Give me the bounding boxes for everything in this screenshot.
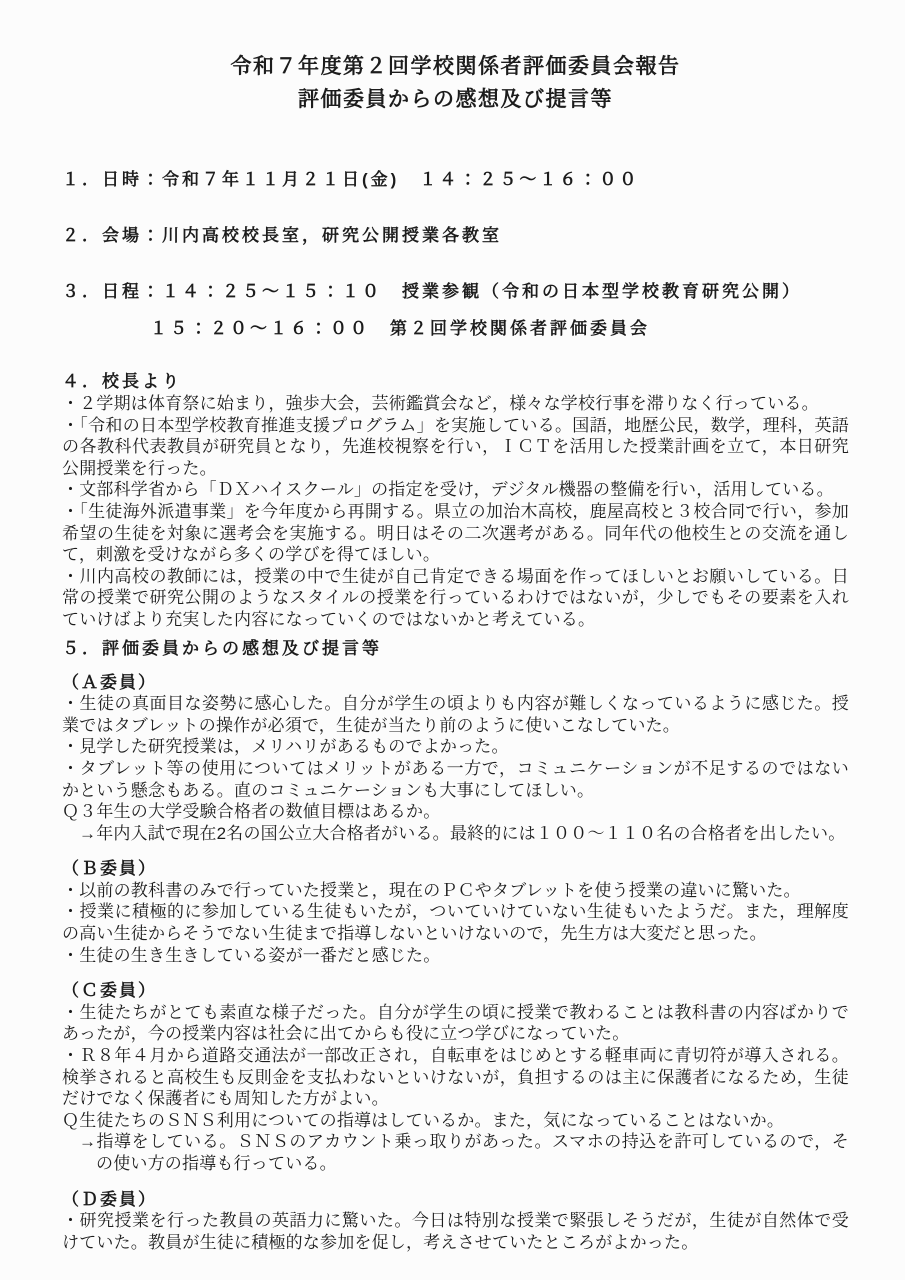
- section-5-heading: ５．評価委員からの感想及び提言等: [62, 639, 849, 658]
- committee-name: （Ｄ委員）: [62, 1189, 849, 1211]
- committee-bullet: ・以前の教科書のみで行っていた授業と，現在のＰＣやタブレットを使う授業の違いに驚…: [62, 880, 849, 902]
- committee-question: Ｑ３年生の大学受験合格者の数値目標はあるか。: [62, 801, 849, 823]
- meeting-schedule-line1: ３．日程：１４：２５～１５：１０ 授業参観（令和の日本型学校教育研究公開）: [62, 282, 849, 301]
- document-title-line2: 評価委員からの感想及び提言等: [62, 83, 849, 116]
- committee-name: （Ｂ委員）: [62, 858, 849, 880]
- committee-bullet: ・Ｒ８年４月から道路交通法が一部改正され，自転車をはじめとする軽車両に青切符が導…: [62, 1045, 849, 1110]
- committee-bullet: ・授業に積極的に参加している生徒もいたが，ついていけていない生徒もいたようだ。ま…: [62, 901, 849, 944]
- committee-answer: →年内入試で現在2名の国公立大合格者がいる。最終的には１００～１１０名の合格者を…: [62, 823, 849, 845]
- principal-bullet: ・「令和の日本型学校教育推進支援プログラム」を実施している。国語，地歴公民，数学…: [62, 415, 849, 480]
- document-title-line1: 令和７年度第２回学校関係者評価委員会報告: [62, 50, 849, 83]
- principal-section: ４．校長より ・２学期は体育祭に始まり，強歩大会，芸術鑑賞会など，様々な学校行事…: [62, 372, 849, 631]
- committee-answer: →指導をしている。ＳＮＳのアカウント乗っ取りがあった。スマホの持込を許可している…: [62, 1131, 849, 1174]
- principal-bullet: ・文部科学省から「ＤＸハイスクール」の指定を受け，デジタル機器の整備を行い，活用…: [62, 479, 849, 501]
- principal-bullet: ・２学期は体育祭に始まり，強歩大会，芸術鑑賞会など，様々な学校行事を滞りなく行っ…: [62, 393, 849, 415]
- principal-bullets: ・２学期は体育祭に始まり，強歩大会，芸術鑑賞会など，様々な学校行事を滞りなく行っ…: [62, 393, 849, 631]
- committee-bullet: ・生徒の生き生きしている姿が一番だと感じた。: [62, 945, 849, 967]
- principal-bullet: ・川内高校の教師には，授業の中で生徒が自己肯定できる場面を作ってほしいとお願いし…: [62, 566, 849, 631]
- committee-name: （Ａ委員）: [62, 672, 849, 694]
- principal-bullet: ・「生徒海外派遣事業」を今年度から再開する。県立の加治木高校，鹿屋高校と３校合同…: [62, 501, 849, 566]
- committees: （Ａ委員）・生徒の真面目な姿勢に感心した。自分が学生の頃よりも内容が難しくなって…: [62, 672, 849, 1254]
- committee-bullet: ・生徒たちがとても素直な様子だった。自分が学生の頃に授業で教わることは教科書の内…: [62, 1002, 849, 1045]
- committee-bullet: ・見学した研究授業は，メリハリがあるものでよかった。: [62, 736, 849, 758]
- committee-bullet: ・研究授業を行った教員の英語力に驚いた。今日は特別な授業で緊張しそうだが，生徒が…: [62, 1210, 849, 1253]
- meeting-schedule-line2: １５：２０～１６：００ 第２回学校関係者評価委員会: [62, 319, 849, 338]
- committee-name: （Ｃ委員）: [62, 980, 849, 1002]
- report-page: 令和７年度第２回学校関係者評価委員会報告 評価委員からの感想及び提言等 １．日時…: [0, 0, 905, 1280]
- committee-question: Ｑ生徒たちのＳＮＳ利用についての指導はしているか。また，気になっていることはない…: [62, 1110, 849, 1132]
- meeting-venue: ２．会場：川内高校校長室，研究公開授業各教室: [62, 226, 849, 245]
- committee-bullet: ・タブレット等の使用についてはメリットがある一方で，コミュニケーションが不足する…: [62, 758, 849, 801]
- feedback-section: ５．評価委員からの感想及び提言等 （Ａ委員）・生徒の真面目な姿勢に感心した。自分…: [62, 639, 849, 1254]
- section-4-heading: ４．校長より: [62, 372, 849, 391]
- document-title: 令和７年度第２回学校関係者評価委員会報告 評価委員からの感想及び提言等: [62, 50, 849, 116]
- meeting-datetime: １．日時：令和７年１１月２１日(金) １４：２５～１６：００: [62, 170, 849, 189]
- committee-bullet: ・生徒の真面目な姿勢に感心した。自分が学生の頃よりも内容が難しくなっているように…: [62, 693, 849, 736]
